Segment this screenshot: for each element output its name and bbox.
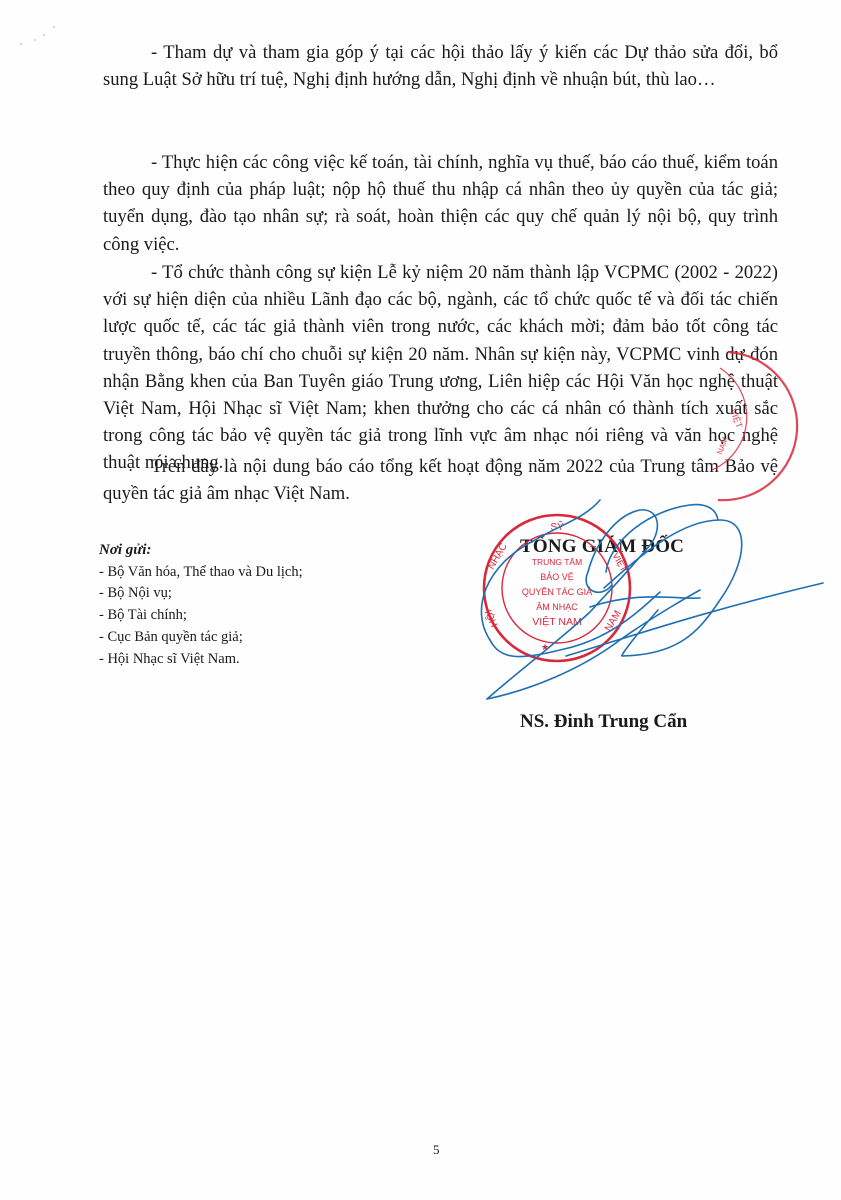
svg-text:VIỆT NAM: VIỆT NAM — [532, 615, 581, 628]
recipient-item: - Bộ Văn hóa, Thể thao và Du lịch; — [99, 562, 303, 584]
recipient-item: - Bộ Nội vụ; — [99, 583, 303, 605]
svg-text:TRUNG TÂM: TRUNG TÂM — [532, 557, 582, 567]
paragraph-accounting: - Thực hiện các công việc kế toán, tài c… — [103, 149, 778, 258]
recipient-item: - Cục Bản quyền tác giả; — [99, 627, 303, 649]
recipient-item: - Hội Nhạc sĩ Việt Nam. — [99, 649, 303, 671]
handwritten-signature — [481, 500, 823, 699]
svg-text:NAM: NAM — [603, 609, 624, 634]
svg-text:★: ★ — [541, 643, 549, 653]
recipients-block: Nơi gửi: - Bộ Văn hóa, Thể thao và Du lị… — [99, 540, 303, 670]
paragraph-conclusion: Trên đây là nội dung báo cáo tổng kết ho… — [103, 453, 778, 507]
document-page: - Tham dự và tham gia góp ý tại các hội … — [0, 0, 841, 1200]
scan-speck — [20, 43, 22, 45]
svg-text:QUYỀN TÁC GIẢ: QUYỀN TÁC GIẢ — [522, 586, 592, 597]
scan-speck — [34, 39, 36, 41]
svg-text:ÂM NHẠC: ÂM NHẠC — [536, 602, 578, 612]
signer-title: TỔNG GIÁM ĐỐC — [520, 536, 684, 558]
svg-text:BẢO VỆ: BẢO VỆ — [540, 571, 574, 582]
recipients-heading: Nơi gửi: — [99, 540, 303, 562]
svg-text:SỸ: SỸ — [550, 520, 564, 533]
recipient-item: - Bộ Tài chính; — [99, 605, 303, 627]
scan-speck — [43, 34, 45, 36]
paragraph-workshops: - Tham dự và tham gia góp ý tại các hội … — [103, 39, 778, 93]
paragraph-anniversary-event: - Tổ chức thành công sự kiện Lễ kỷ niệm … — [103, 259, 778, 477]
scan-speck — [53, 26, 55, 28]
page-number: 5 — [433, 1142, 440, 1158]
svg-text:NHẠC: NHẠC — [486, 541, 510, 571]
signer-name: NS. Đinh Trung Cẩn — [520, 711, 687, 733]
svg-text:HỘI: HỘI — [481, 608, 500, 630]
